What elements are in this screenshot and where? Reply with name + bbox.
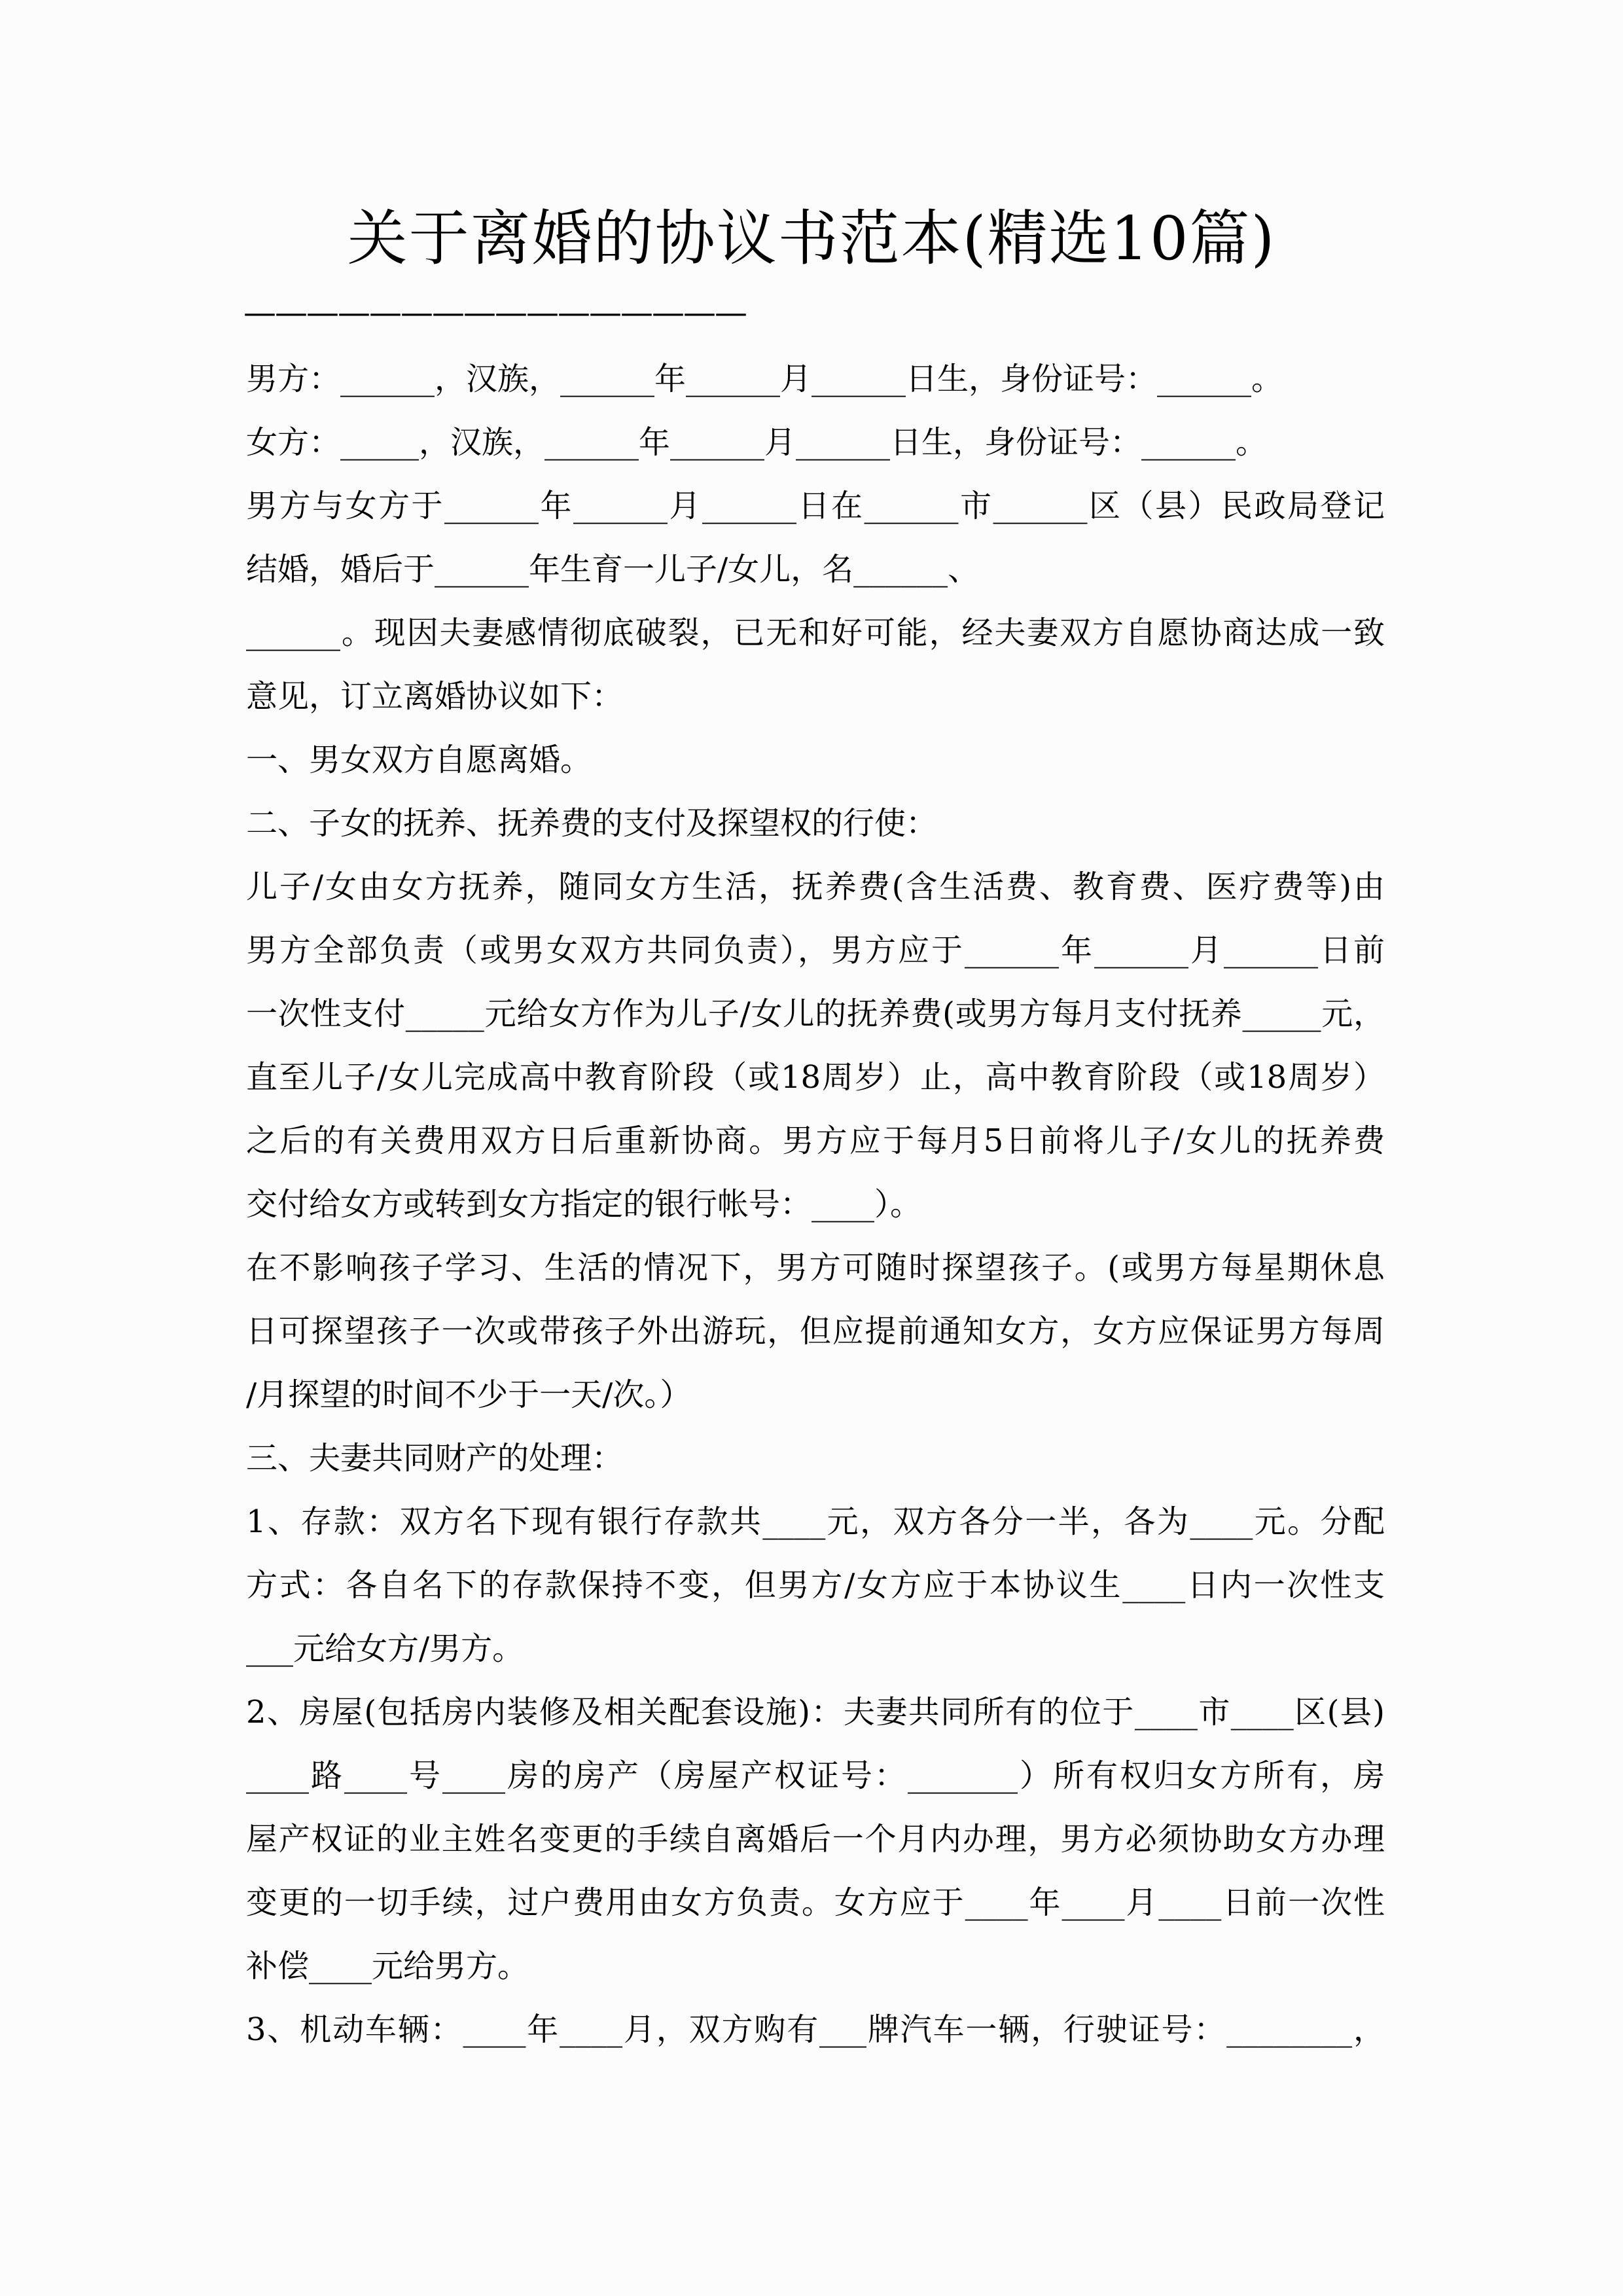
body-line: 方式：各自名下的存款保持不变，但男方/女方应于本协议生____日内一次性支: [246, 1554, 1385, 1617]
body-line: 之后的有关费用双方日后重新协商。男方应于每月5日前将儿子/女儿的抚养费: [246, 1109, 1385, 1173]
body-line: ______。现因夫妻感情彻底破裂，已无和好可能，经夫妻双方自愿协商达成一致: [246, 601, 1385, 665]
title-separator: ————————————————: [243, 296, 746, 329]
section-heading: 一、男女双方自愿离婚。: [246, 728, 1385, 792]
body-line: 男方与女方于______年______月______日在______市_____…: [246, 475, 1385, 538]
document-page: 关于离婚的协议书范本(精选10篇) ———————————————— 男方：__…: [0, 0, 1623, 2296]
body-line: 男方全部负责（或男女双方共同负责），男方应于______年______月____…: [246, 919, 1385, 982]
body-line: /月探望的时间不少于一天/次。）: [246, 1363, 1385, 1427]
body-line: 直至儿子/女儿完成高中教育阶段（或18周岁）止，高中教育阶段（或18周岁）: [246, 1046, 1385, 1109]
body-line: 3、机动车辆：____年____月，双方购有___牌汽车一辆，行驶证号：____…: [246, 1998, 1385, 2062]
body-line: 结婚，婚后于______年生育一儿子/女儿，名______、: [246, 538, 1385, 601]
body-line: 变更的一切手续，过户费用由女方负责。女方应于____年____月____日前一次…: [246, 1871, 1385, 1935]
section-heading: 二、子女的抚养、抚养费的支付及探望权的行使：: [246, 792, 1385, 855]
body-line: 交付给女方或转到女方指定的银行帐号：____）。: [246, 1173, 1385, 1236]
body-line: 2、房屋(包括房内装修及相关配套设施)：夫妻共同所有的位于____市____区(…: [246, 1681, 1385, 1744]
body-line: 儿子/女由女方抚养，随同女方生活，抚养费(含生活费、教育费、医疗费等)由: [246, 855, 1385, 919]
body-line: 意见，订立离婚协议如下：: [246, 665, 1385, 728]
body-line: 在不影响孩子学习、生活的情况下，男方可随时探望孩子。(或男方每星期休息: [246, 1236, 1385, 1300]
body-line: 1、存款：双方名下现有银行存款共____元，双方各分一半，各为____元。分配: [246, 1490, 1385, 1554]
body-line: 男方：______，汉族，______年______月______日生，身份证号…: [246, 348, 1385, 411]
body-line: 屋产权证的业主姓名变更的手续自离婚后一个月内办理，男方必须协助女方办理: [246, 1808, 1385, 1871]
section-heading: 三、夫妻共同财产的处理：: [246, 1427, 1385, 1490]
body-line: 一次性支付_____元给女方作为儿子/女儿的抚养费(或男方每月支付抚养_____…: [246, 982, 1385, 1046]
body-line: ____路____号____房的房产（房屋产权证号：_______）所有权归女方…: [246, 1744, 1385, 1808]
body-line: 日可探望孩子一次或带孩子外出游玩，但应提前通知女方，女方应保证男方每周: [246, 1300, 1385, 1363]
body-line: 女方：_____，汉族，______年______月______日生，身份证号：…: [246, 411, 1385, 475]
body-line: 补偿____元给男方。: [246, 1935, 1385, 1998]
body-line: ___元给女方/男方。: [246, 1617, 1385, 1681]
document-title: 关于离婚的协议书范本(精选10篇): [0, 196, 1623, 281]
